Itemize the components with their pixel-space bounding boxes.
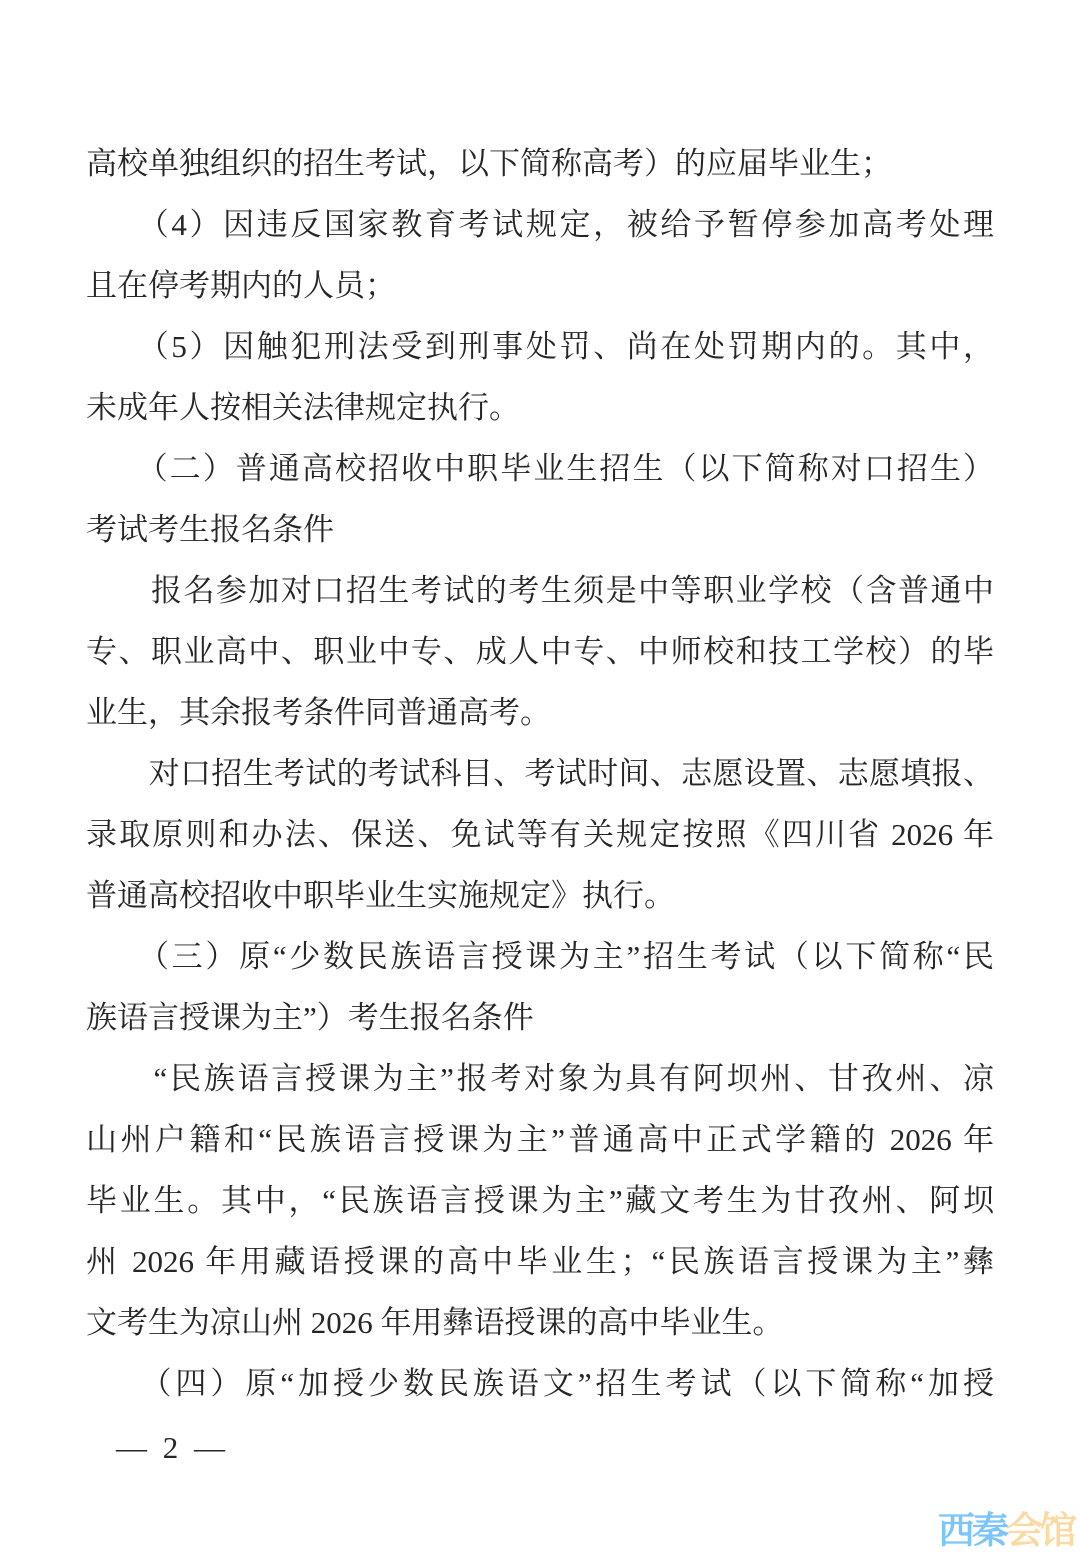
watermark-text-part1: 西秦: [938, 1510, 1006, 1551]
text-line: 族语言授课为主”）考生报名条件: [86, 987, 994, 1048]
watermark-logo: 西秦会馆: [938, 1512, 1074, 1549]
text-line: 山州户籍和“民族语言授课为主”普通高中正式学籍的 2026 年: [86, 1109, 994, 1170]
text-line: 普通高校招收中职毕业生实施规定》执行。: [86, 865, 994, 926]
text-line: 州 2026 年用藏语授课的高中毕业生；“民族语言授课为主”彝: [86, 1231, 994, 1292]
text-line: （5）因触犯刑法受到刑事处罚、尚在处罚期内的。其中，: [86, 316, 994, 377]
document-body: 高校单独组织的招生考试，以下简称高考）的应届毕业生； （4）因违反国家教育考试规…: [86, 133, 994, 1414]
text-line: “民族语言授课为主”报考对象为具有阿坝州、甘孜州、凉: [86, 1048, 994, 1109]
text-line: 未成年人按相关法律规定执行。: [86, 377, 994, 438]
text-line: 专、职业高中、职业中专、成人中专、中师校和技工学校）的毕: [86, 621, 994, 682]
text-line: 毕业生。其中，“民族语言授课为主”藏文考生为甘孜州、阿坝: [86, 1170, 994, 1231]
page-number: — 2 —: [116, 1430, 229, 1466]
text-line: 文考生为凉山州 2026 年用彝语授课的高中毕业生。: [86, 1292, 994, 1353]
page: { "page": { "number_label": "— 2 —", "ba…: [0, 0, 1080, 1556]
text-line: （4）因违反国家教育考试规定，被给予暂停参加高考处理: [86, 194, 994, 255]
text-line: 报名参加对口招生考试的考生须是中等职业学校（含普通中: [86, 560, 994, 621]
text-line: 录取原则和办法、保送、免试等有关规定按照《四川省 2026 年: [86, 804, 994, 865]
text-line: 考试考生报名条件: [86, 499, 994, 560]
text-line: 高校单独组织的招生考试，以下简称高考）的应届毕业生；: [86, 133, 994, 194]
text-line: 对口招生考试的考试科目、考试时间、志愿设置、志愿填报、: [86, 743, 994, 804]
text-line: （三）原“少数民族语言授课为主”招生考试（以下简称“民: [86, 926, 994, 987]
watermark-text-part2: 会馆: [1006, 1510, 1074, 1551]
text-line: 业生，其余报考条件同普通高考。: [86, 682, 994, 743]
document-page: 高校单独组织的招生考试，以下简称高考）的应届毕业生； （4）因违反国家教育考试规…: [0, 0, 1080, 1556]
text-line: （二）普通高校招收中职毕业生招生（以下简称对口招生）: [86, 438, 994, 499]
text-line: 且在停考期内的人员；: [86, 255, 994, 316]
text-line: （四）原“加授少数民族语文”招生考试（以下简称“加授: [86, 1353, 994, 1414]
